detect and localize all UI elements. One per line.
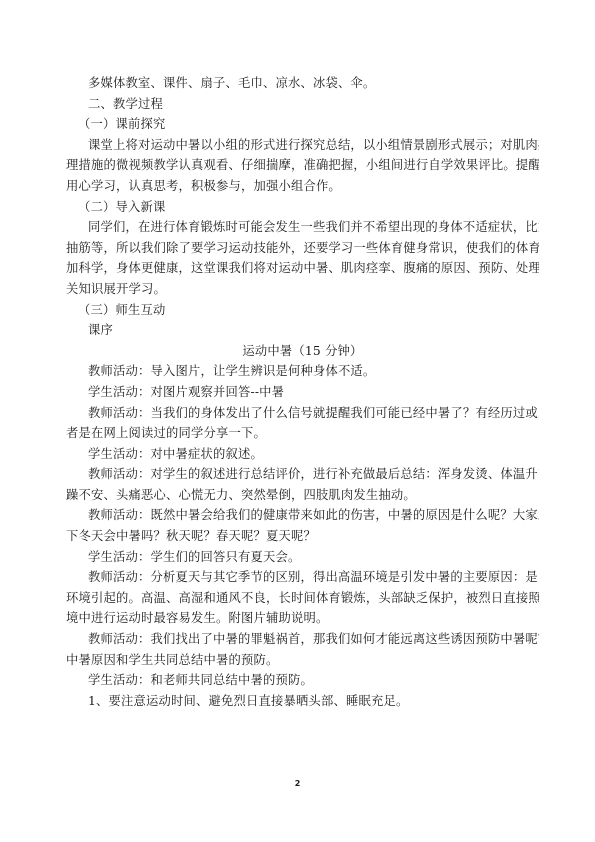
activity-line: 教师活动：既然中暑会给我们的健康带来如此的伤害，中暑的原因是什么呢？大家思考一: [66, 505, 539, 526]
activity-line: 教师活动：我们找出了中暑的罪魁祸首，那我们如何才能远离这些诱因预防中暑呢？结合: [66, 629, 539, 650]
paragraph-line: 同学们，在进行体育锻炼时可能会发生一些我们并不希望出现的身体不适症状，比如腹痛、: [66, 217, 539, 238]
prevention-item: 1、要注意运动时间、避免烈日直接暴晒头部、睡眠充足。: [66, 691, 539, 712]
activity-line: 学生活动：对中暑症状的叙述。: [66, 444, 539, 465]
activity-line: 环境引起的。高温、高湿和通风不良，长时间体育锻炼，头部缺乏保护，被烈日直接照射的…: [66, 588, 539, 609]
page-number: 2: [0, 779, 595, 788]
paragraph-line: 课堂上将对运动中暑以小组的形式进行探究总结，以小组情景剧形式展示；对肌肉痉挛处: [66, 135, 539, 156]
document-page: 多媒体教室、课件、扇子、毛巾、凉水、冰袋、伞。 二、教学过程 （一）课前探究 课…: [66, 73, 539, 711]
activity-line: 教师活动：对学生的叙述进行总结评价，进行补充做最后总结：浑身发烫、体温升高、烦: [66, 464, 539, 485]
activity-line: 者是在网上阅读过的同学分享一下。: [66, 423, 539, 444]
paragraph-line: 抽筋等，所以我们除了要学习运动技能外，还要学习一些体育健身常识，使我们的体育锻炼…: [66, 238, 539, 259]
paragraph-line: 加科学，身体更健康，这堂课我们将对运动中暑、肌肉痉挛、腹痛的原因、预防、处理措施…: [66, 258, 539, 279]
activity-line: 学生活动：对图片观察并回答--中暑: [66, 382, 539, 403]
activity-line: 教师活动：当我们的身体发出了什么信号就提醒我们可能已经中暑了？有经历过或见过或: [66, 403, 539, 424]
subsection-heading-3: （三）师生互动: [66, 300, 539, 321]
activity-line: 躁不安、头痛恶心、心慌无力、突然晕倒，四肢肌肉发生抽动。: [66, 485, 539, 506]
activity-line: 境中进行运动时最容易发生。附图片辅助说明。: [66, 608, 539, 629]
activity-line: 学生活动：和老师共同总结中暑的预防。: [66, 670, 539, 691]
section-heading: 二、教学过程: [66, 94, 539, 115]
topic-title: 运动中暑（15 分钟）: [66, 341, 539, 362]
sequence-label: 课序: [66, 320, 539, 341]
activity-line: 下冬天会中暑吗？秋天呢？春天呢？夏天呢？: [66, 526, 539, 547]
paragraph-line: 用心学习，认真思考，积极参与，加强小组合作。: [66, 176, 539, 197]
activity-line: 学生活动：学生们的回答只有夏天会。: [66, 547, 539, 568]
paragraph-line: 关知识展开学习。: [66, 279, 539, 300]
materials-line: 多媒体教室、课件、扇子、毛巾、凉水、冰袋、伞。: [66, 73, 539, 94]
subsection-heading-2: （二）导入新课: [66, 197, 539, 218]
subsection-heading-1: （一）课前探究: [66, 114, 539, 135]
activity-line: 中暑原因和学生共同总结中暑的预防。: [66, 650, 539, 671]
paragraph-line: 理措施的微视频教学认真观看、仔细揣摩，准确把握，小组间进行自学效果评比。提醒学生…: [66, 155, 539, 176]
activity-line: 教师活动：导入图片，让学生辨识是何种身体不适。: [66, 361, 539, 382]
activity-line: 教师活动：分析夏天与其它季节的区别，得出高温环境是引发中暑的主要原因：是由高温: [66, 567, 539, 588]
